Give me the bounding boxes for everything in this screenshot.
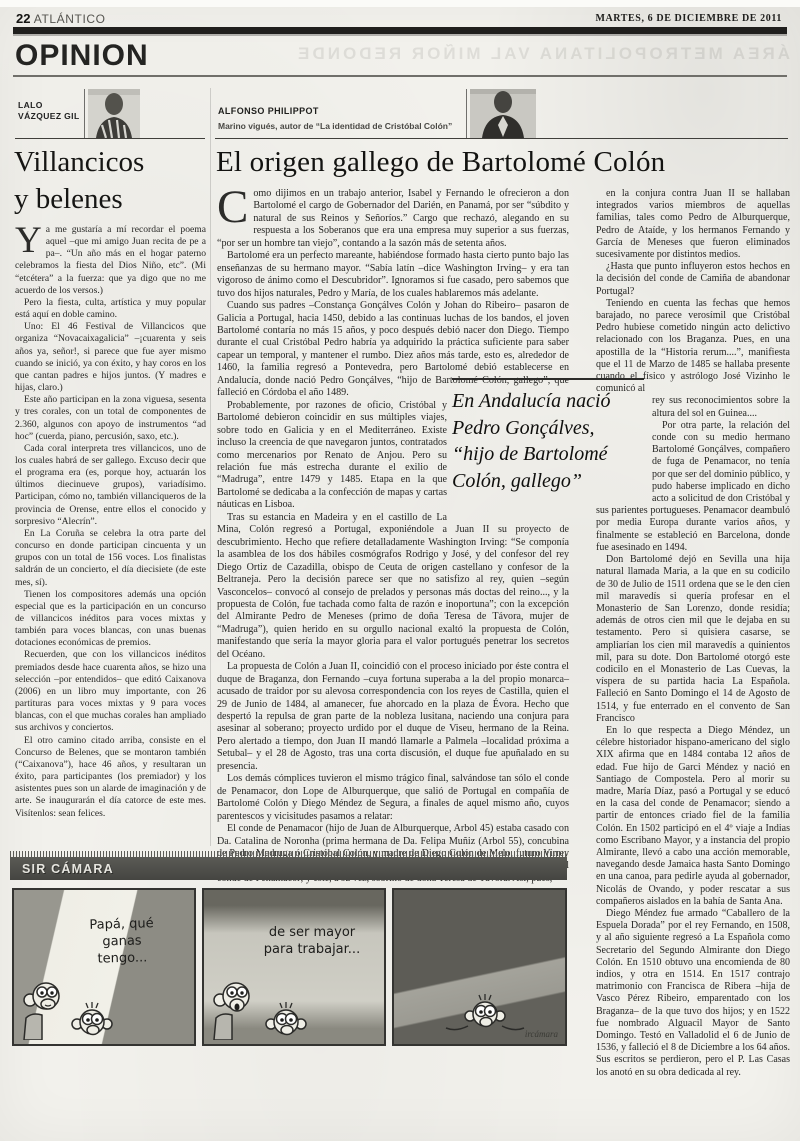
lead-text: omo dijimos en un trabajo anterior, Isab… — [217, 188, 569, 249]
paragraph: Tras su estancia en Madeira y en el cast… — [217, 512, 569, 661]
main-headline: El origen gallego de Bartolomé Colón — [216, 146, 665, 179]
pull-quote-line: En Andalucía nació — [452, 388, 644, 415]
drop-cap: C — [217, 188, 253, 226]
paragraph: En lo que respecta a Diego Méndez, un cé… — [596, 725, 790, 908]
column-rule — [210, 88, 211, 846]
left-lead-paragraph: Ya me gustaría a mí recordar el poema aq… — [15, 224, 206, 297]
section-title: OPINION — [15, 39, 149, 73]
paragraph: Tienen los compositores además una opció… — [15, 589, 206, 650]
left-article-title: Villancicos y belenes — [14, 144, 144, 218]
main-author-rule — [215, 138, 788, 139]
left-author-line2: VÁZQUEZ GIL — [18, 111, 80, 122]
scan-margin — [0, 0, 800, 7]
monkey-child — [66, 1000, 118, 1042]
author-photo-divider — [84, 89, 85, 138]
section-rule — [13, 75, 787, 77]
left-title-line2: y belenes — [14, 181, 144, 218]
paragraph: Don Bartolomé dejó en Sevilla una hija n… — [596, 554, 790, 725]
paragraph: Cada coral interpreta tres villancicos, … — [15, 443, 206, 528]
paragraph: en la conjura contra Juan II se hallaban… — [596, 188, 790, 261]
left-title-line1: Villancicos — [14, 144, 144, 181]
pull-quote: En Andalucía nacióPedro Gonçálves,“hijo … — [452, 378, 644, 494]
newspaper-page: 22 ATLÁNTICO MARTES, 6 DE DICIEMBRE DE 2… — [0, 0, 800, 1141]
main-author-bio: Marino vigués, autor de “La identidad de… — [218, 121, 452, 131]
portrait-philippot — [470, 89, 536, 138]
col2-start: en la conjura contra Juan II se hallaban… — [596, 188, 790, 395]
portrait-lalo — [88, 89, 140, 138]
speech-text: de ser mayor para trabajar... — [248, 924, 376, 958]
speech-text: Papá, qué ganas tengo... — [65, 915, 178, 969]
masthead: 22 ATLÁNTICO — [16, 11, 106, 26]
main-article-column-1: Como dijimos en un trabajo anterior, Isa… — [217, 188, 569, 885]
pull-quote-line: “hijo de Bartolomé — [452, 441, 644, 468]
left-author-photo — [88, 89, 140, 138]
ghost-showthrough-text: ÁREA METROPOLITANA VAL MIÑOR REDONDELA — [298, 44, 790, 64]
date-line: MARTES, 6 DE DICIEMBRE DE 2011 — [595, 13, 782, 24]
monkey-child-arms-out — [442, 994, 528, 1038]
left-article-body: Ya me gustaría a mí recordar el poema aq… — [15, 224, 206, 820]
main-lead-paragraph: Como dijimos en un trabajo anterior, Isa… — [217, 188, 569, 250]
comic-panel-2: de ser mayor para trabajar... — [202, 888, 386, 1046]
paragraph: En La Coruña se celebra la otra parte de… — [15, 528, 206, 589]
paragraph: Uno: El 46 Festival de Villancicos que o… — [15, 321, 206, 394]
left-author-line1: LALO — [18, 100, 80, 111]
left-paragraphs: Pero la fiesta, culta, artística y muy p… — [15, 297, 206, 820]
pull-quote-line: Pedro Gonçálves, — [452, 415, 644, 442]
comic-panel-1: Papá, qué ganas tengo... — [12, 888, 196, 1046]
monkey-father — [18, 974, 72, 1040]
paragraph: Bartolomé era un perfecto mareante, habi… — [217, 250, 569, 300]
monkey-child — [260, 1000, 312, 1042]
paragraph: Diego Méndez fue armado “Caballero de la… — [596, 908, 790, 1079]
col1-rest: Tras su estancia en Madeira y en el cast… — [217, 512, 569, 886]
paragraph: El otro camino citado arriba, consiste e… — [15, 735, 206, 820]
drop-cap: Y — [15, 224, 46, 256]
paragraph: Este año participan en la zona viguesa, … — [15, 394, 206, 443]
col2-cont: rey sus reconocimientos sobre la altura … — [596, 395, 790, 1078]
section-divider-bar — [13, 27, 787, 34]
comic-panel-3: ircámara — [392, 888, 567, 1046]
comic-title-bar: SIR CÁMARA — [10, 857, 567, 880]
paragraph: ¿Hasta que punto influyeron estos hechos… — [596, 261, 790, 298]
paragraph: La propuesta de Colón a Juan II, coincid… — [217, 661, 569, 773]
left-author-name: LALO VÁZQUEZ GIL — [18, 100, 80, 122]
masthead-name: ATLÁNTICO — [34, 12, 106, 26]
monkey-father — [208, 974, 262, 1040]
main-author-name: ALFONSO PHILIPPOT — [218, 106, 319, 116]
paragraph: Pero la fiesta, culta, artística y muy p… — [15, 297, 206, 321]
page-number: 22 — [16, 11, 30, 26]
pull-quote-line: Colón, gallego” — [452, 468, 644, 495]
main-article-column-2: en la conjura contra Juan II se hallaban… — [596, 188, 790, 1079]
main-author-photo — [470, 89, 536, 138]
paragraph: Recuerden, que con los villancicos inédi… — [15, 649, 206, 734]
cartoonist-signature: ircámara — [525, 1029, 558, 1039]
left-author-rule — [15, 138, 205, 139]
author-photo-divider — [466, 89, 467, 138]
paragraph: Los demás cómplices tuvieron el mismo tr… — [217, 773, 569, 823]
